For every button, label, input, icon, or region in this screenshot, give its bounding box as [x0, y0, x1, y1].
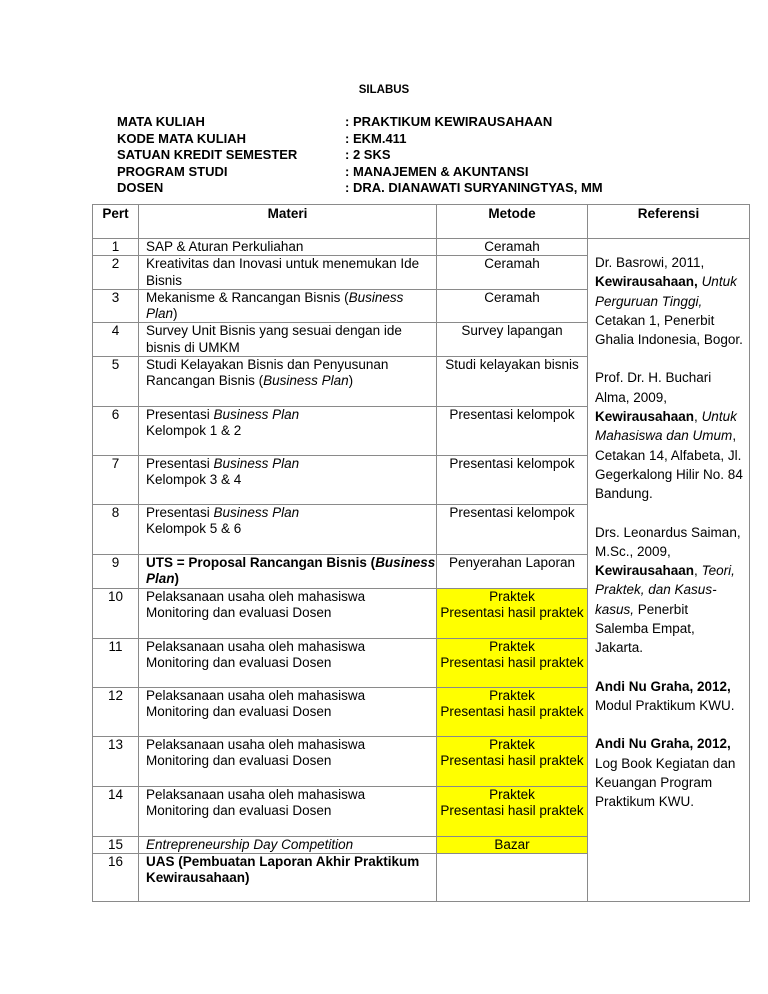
course-info-row: SATUAN KREDIT SEMESTER 2 SKS [117, 147, 603, 164]
cell-materi: Pelaksanaan usaha oleh mahasiswaMonitori… [139, 638, 437, 687]
document-title: SILABUS [0, 84, 768, 96]
cell-metode: Ceramah [437, 239, 588, 256]
header-metode: Metode [437, 205, 588, 239]
cell-pert: 16 [93, 853, 139, 901]
cell-materi: Entrepreneurship Day Competition [139, 836, 437, 853]
cell-pert: 12 [93, 687, 139, 736]
program-value: MANAJEMEN & AKUNTANSI [345, 164, 528, 181]
table-row: 1SAP & Aturan PerkuliahanCeramahDr. Basr… [93, 239, 750, 256]
table-header-row: Pert Materi Metode Referensi [93, 205, 750, 239]
cell-materi: Studi Kelayakan Bisnis dan Penyusunan Ra… [139, 357, 437, 407]
reference-item: Drs. Leonardus Saiman, M.Sc., 2009, Kewi… [595, 523, 745, 658]
cell-pert: 2 [93, 256, 139, 290]
cell-metode: Bazar [437, 836, 588, 853]
cell-materi: UTS = Proposal Rancangan Bisnis (Busines… [139, 555, 437, 589]
cell-materi: Presentasi Business PlanKelompok 5 & 6 [139, 505, 437, 555]
syllabus-table: Pert Materi Metode Referensi 1SAP & Atur… [92, 204, 750, 902]
cell-pert: 9 [93, 555, 139, 589]
cell-materi: Survey Unit Bisnis yang sesuai dengan id… [139, 323, 437, 357]
cell-pert: 6 [93, 407, 139, 456]
cell-metode: PraktekPresentasi hasil praktek [437, 786, 588, 836]
course-code-value: EKM.411 [345, 131, 406, 148]
course-name-label: MATA KULIAH [117, 114, 345, 131]
lecturer-label: DOSEN [117, 180, 345, 197]
cell-pert: 4 [93, 323, 139, 357]
cell-materi: UAS (Pembuatan Laporan Akhir Praktikum K… [139, 853, 437, 901]
lecturer-value: DRA. DIANAWATI SURYANINGTYAS, MM [345, 180, 603, 197]
cell-metode: Studi kelayakan bisnis [437, 357, 588, 407]
cell-materi: Kreativitas dan Inovasi untuk menemukan … [139, 256, 437, 290]
course-info: MATA KULIAH PRAKTIKUM KEWIRAUSAHAAN KODE… [117, 114, 603, 197]
header-pert: Pert [93, 205, 139, 239]
cell-pert: 1 [93, 239, 139, 256]
course-info-row: DOSEN DRA. DIANAWATI SURYANINGTYAS, MM [117, 180, 603, 197]
credits-value: 2 SKS [345, 147, 391, 164]
cell-pert: 14 [93, 786, 139, 836]
reference-item: Prof. Dr. H. Buchari Alma, 2009, Kewirau… [595, 368, 745, 503]
cell-metode: PraktekPresentasi hasil praktek [437, 736, 588, 786]
cell-pert: 3 [93, 289, 139, 323]
reference-item: Dr. Basrowi, 2011, Kewirausahaan, Untuk … [595, 253, 745, 349]
cell-metode: Presentasi kelompok [437, 505, 588, 555]
course-info-row: KODE MATA KULIAH EKM.411 [117, 131, 603, 148]
course-info-row: PROGRAM STUDI MANAJEMEN & AKUNTANSI [117, 164, 603, 181]
cell-materi: Presentasi Business PlanKelompok 1 & 2 [139, 407, 437, 456]
cell-pert: 7 [93, 456, 139, 505]
cell-pert: 5 [93, 357, 139, 407]
cell-metode: Presentasi kelompok [437, 456, 588, 505]
header-referensi: Referensi [588, 205, 750, 239]
program-label: PROGRAM STUDI [117, 164, 345, 181]
cell-metode: Ceramah [437, 256, 588, 290]
course-code-label: KODE MATA KULIAH [117, 131, 345, 148]
cell-materi: Presentasi Business PlanKelompok 3 & 4 [139, 456, 437, 505]
cell-metode: Penyerahan Laporan [437, 555, 588, 589]
cell-pert: 11 [93, 638, 139, 687]
cell-metode: PraktekPresentasi hasil praktek [437, 687, 588, 736]
cell-materi: Pelaksanaan usaha oleh mahasiswaMonitori… [139, 786, 437, 836]
cell-metode: PraktekPresentasi hasil praktek [437, 638, 588, 687]
cell-pert: 8 [93, 505, 139, 555]
reference-item: Andi Nu Graha, 2012, Log Book Kegiatan d… [595, 734, 745, 811]
cell-metode: Presentasi kelompok [437, 407, 588, 456]
cell-materi: Pelaksanaan usaha oleh mahasiswaMonitori… [139, 736, 437, 786]
cell-pert: 15 [93, 836, 139, 853]
reference-item: Andi Nu Graha, 2012, Modul Praktikum KWU… [595, 677, 745, 716]
cell-materi: Pelaksanaan usaha oleh mahasiswaMonitori… [139, 588, 437, 638]
header-materi: Materi [139, 205, 437, 239]
cell-metode: PraktekPresentasi hasil praktek [437, 588, 588, 638]
cell-pert: 10 [93, 588, 139, 638]
cell-metode [437, 853, 588, 901]
cell-metode: Survey lapangan [437, 323, 588, 357]
cell-materi: SAP & Aturan Perkuliahan [139, 239, 437, 256]
course-name-value: PRAKTIKUM KEWIRAUSAHAAN [345, 114, 552, 131]
cell-referensi: Dr. Basrowi, 2011, Kewirausahaan, Untuk … [588, 239, 750, 902]
credits-label: SATUAN KREDIT SEMESTER [117, 147, 345, 164]
cell-metode: Ceramah [437, 289, 588, 323]
cell-pert: 13 [93, 736, 139, 786]
cell-materi: Mekanisme & Rancangan Bisnis (Business P… [139, 289, 437, 323]
cell-materi: Pelaksanaan usaha oleh mahasiswaMonitori… [139, 687, 437, 736]
course-info-row: MATA KULIAH PRAKTIKUM KEWIRAUSAHAAN [117, 114, 603, 131]
